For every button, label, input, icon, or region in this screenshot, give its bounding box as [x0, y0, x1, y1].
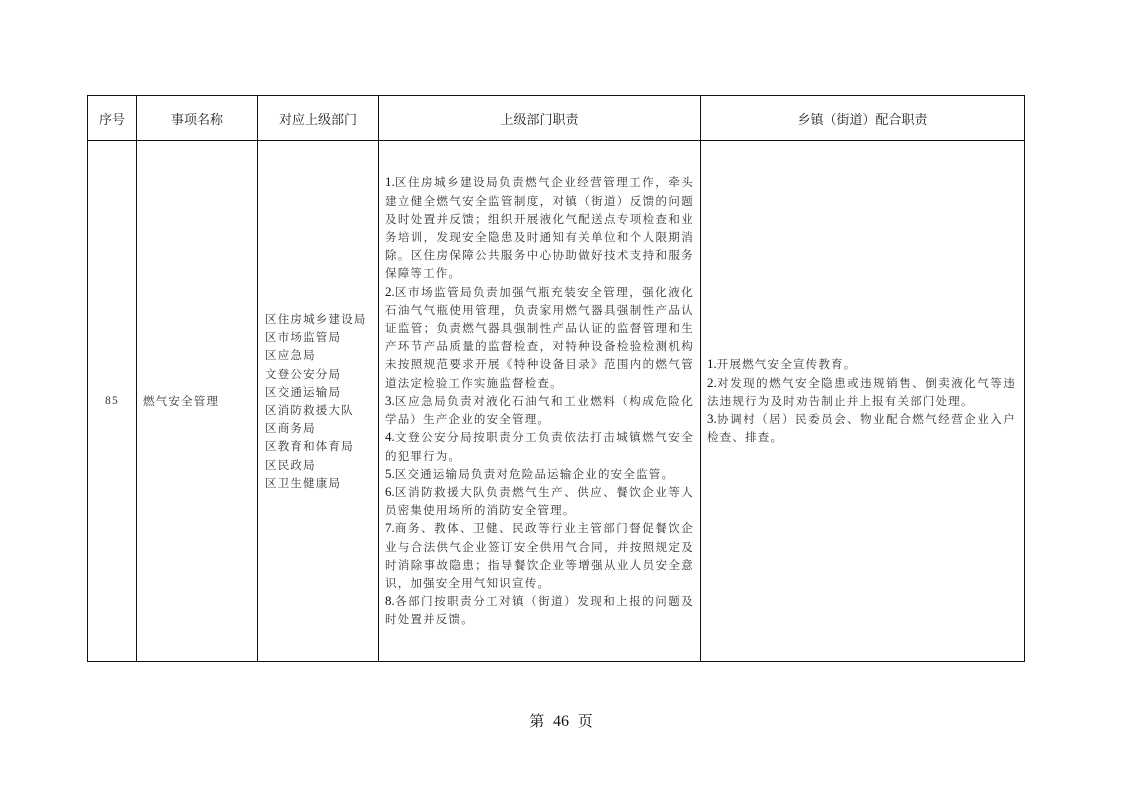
upper-duty-item: 1.区住房城乡建设局负责燃气企业经营管理工作，牵头建立健全燃气安全监管制度，对镇… [385, 173, 694, 282]
table-row: 85 燃气安全管理 区住房城乡建设局 区市场监管局 区应急局 文登公安分局 区交… [88, 141, 1025, 662]
upper-duty-item: 6.区消防救援大队负责燃气生产、供应、餐饮企业等人员密集使用场所的消防安全管理。 [385, 483, 694, 519]
table-header-row: 序号 事项名称 对应上级部门 上级部门职责 乡镇（街道）配合职责 [88, 96, 1025, 141]
department: 区卫生健康局 [265, 474, 374, 492]
row-item-name: 燃气安全管理 [137, 141, 258, 662]
department: 区交通运输局 [265, 383, 374, 401]
upper-duty-item: 3.区应急局负责对液化石油气和工业燃料（构成危险化学品）生产企业的安全管理。 [385, 392, 694, 428]
department: 区民政局 [265, 456, 374, 474]
upper-duty-item: 5.区交通运输局负责对危险品运输企业的安全监管。 [385, 465, 694, 483]
header-upper-department: 对应上级部门 [258, 96, 379, 141]
department: 区教育和体育局 [265, 437, 374, 455]
page-suffix: 页 [578, 712, 593, 730]
upper-duty-item: 7.商务、教体、卫健、民政等行业主管部门督促餐饮企业与合法供气企业签订安全供用气… [385, 519, 694, 592]
township-duty-item: 1.开展燃气安全宣传教育。 [707, 355, 1016, 373]
department: 区商务局 [265, 419, 374, 437]
duties-table: 序号 事项名称 对应上级部门 上级部门职责 乡镇（街道）配合职责 85 燃气安全… [87, 95, 1025, 662]
row-township-duties: 1.开展燃气安全宣传教育。 2.对发现的燃气安全隐患或违规销售、倒卖液化气等违法… [701, 141, 1025, 662]
upper-duty-item: 8.各部门按职责分工对镇（街道）发现和上报的问题及时处置并反馈。 [385, 592, 694, 628]
header-upper-duties: 上级部门职责 [379, 96, 701, 141]
department: 区应急局 [265, 346, 374, 364]
header-number: 序号 [88, 96, 137, 141]
department: 区市场监管局 [265, 328, 374, 346]
header-township-duties: 乡镇（街道）配合职责 [701, 96, 1025, 141]
upper-duty-item: 4.文登公安分局按职责分工负责依法打击城镇燃气安全的犯罪行为。 [385, 428, 694, 464]
page-number: 46 [553, 713, 569, 730]
township-duty-item: 3.协调村（居）民委员会、物业配合燃气经营企业入户检查、排查。 [707, 410, 1016, 446]
page-number-footer: 第 46 页 [0, 710, 1122, 731]
row-number: 85 [88, 141, 137, 662]
department: 区消防救援大队 [265, 401, 374, 419]
upper-duty-item: 2.区市场监管局负责加强气瓶充装安全管理，强化液化石油气气瓶使用管理，负责家用燃… [385, 283, 694, 392]
page-prefix: 第 [529, 712, 544, 730]
department: 区住房城乡建设局 [265, 310, 374, 328]
department: 文登公安分局 [265, 365, 374, 383]
township-duty-item: 2.对发现的燃气安全隐患或违规销售、倒卖液化气等违法违规行为及时劝告制止并上报有… [707, 374, 1016, 410]
row-upper-duties: 1.区住房城乡建设局负责燃气企业经营管理工作，牵头建立健全燃气安全监管制度，对镇… [379, 141, 701, 662]
header-item-name: 事项名称 [137, 96, 258, 141]
row-departments: 区住房城乡建设局 区市场监管局 区应急局 文登公安分局 区交通运输局 区消防救援… [258, 141, 379, 662]
